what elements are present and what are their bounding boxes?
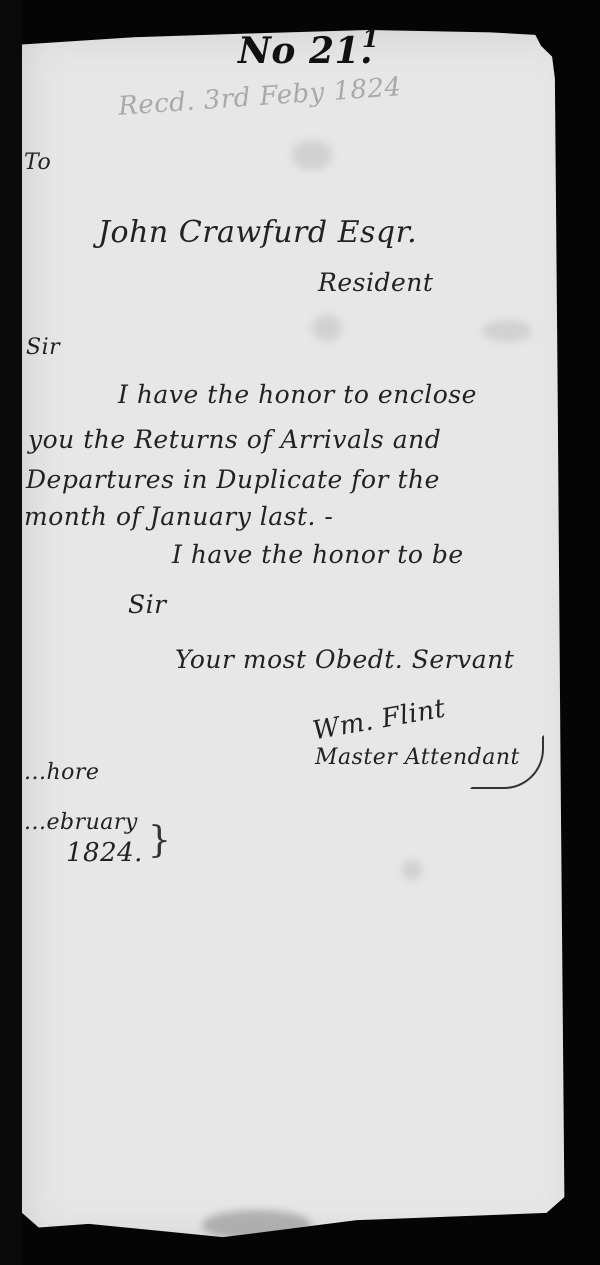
paper-stain bbox=[292, 140, 332, 170]
docket-mark: 1 bbox=[362, 24, 379, 53]
paper-stain bbox=[482, 320, 532, 342]
salutation: Sir bbox=[26, 335, 60, 360]
addressee-name: John Crawfurd Esqr. bbox=[98, 215, 417, 250]
closing-line: I have the honor to be bbox=[172, 540, 464, 569]
closing-line: Your most Obedt. Servant bbox=[175, 645, 514, 674]
paper-stain bbox=[312, 315, 342, 341]
margin-fragment: ...hore bbox=[24, 760, 99, 785]
paper-stain bbox=[202, 1210, 312, 1240]
addressee-title: Resident bbox=[318, 268, 433, 297]
docket-number: No 21. bbox=[238, 30, 373, 72]
scan-border-left bbox=[0, 0, 22, 1265]
manuscript-page bbox=[22, 30, 580, 1242]
body-line: you the Returns of Arrivals and bbox=[28, 425, 441, 454]
body-line: Departures in Duplicate for the bbox=[26, 465, 440, 494]
paper-stain bbox=[402, 860, 422, 880]
brace-mark: } bbox=[148, 820, 171, 861]
body-line: month of January last. - bbox=[24, 502, 333, 531]
margin-fragment: ...ebruary bbox=[24, 810, 138, 835]
body-line: I have the honor to enclose bbox=[118, 380, 477, 409]
closing-salutation: Sir bbox=[128, 590, 167, 619]
margin-fragment-to: To bbox=[24, 150, 51, 175]
margin-date-year: 1824. bbox=[66, 838, 143, 868]
